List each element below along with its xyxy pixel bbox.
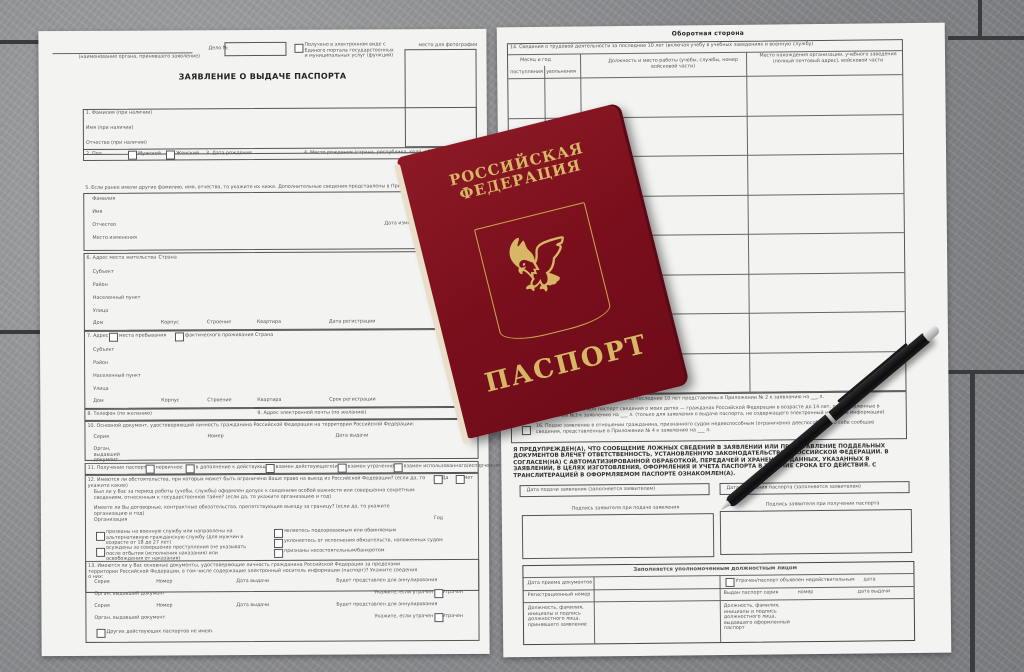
section7-table: 7. Адрес места пребывания фактического п… [84,329,478,409]
s13-date-1: Дата выдачи [236,579,269,585]
convicted-checkbox[interactable] [96,548,105,557]
dob-label: 3. Дата рождения [206,151,252,157]
section10-issuer: Орган, выдавший документ [94,447,124,464]
s13-if-lost-1: Укажите, если утрачен [374,590,433,596]
suspect-label: являетесь подозреваемым или обвиняемым [284,528,396,534]
signature-submit-box[interactable] [522,513,714,559]
section7-building: Корпус [161,398,179,404]
section7-country: Страна [255,333,273,339]
tile-joint [0,330,40,334]
incapacitated-checkbox[interactable] [522,426,531,435]
s13-issuer-2: Орган, выдавший документ [94,616,165,622]
section11-heading: 11. Получение паспорта: [88,466,151,472]
official-heading: Заполняется уполномоченным должностным л… [633,565,797,573]
replace-lost-label: взамен утраченного [348,464,400,470]
section7-street: Улица [93,387,108,393]
section6-locality: Населенный пункт [93,296,141,302]
reg-number-label: Регистрационный номер [528,592,591,598]
application-form-front: (наименование органа, принявшего заявлен… [38,29,489,656]
back-title: Оборотная сторона [672,31,744,39]
pen-ring [825,412,836,424]
issued-date-label: дата выдачи [858,589,890,595]
female-checkbox[interactable] [166,150,175,159]
issuing-officer-label: Должность, фамилия, инициалы и подпись д… [724,603,796,631]
s13-annul-2: Будет представлен для аннулирования [336,602,437,608]
additional-checkbox[interactable] [186,464,195,473]
change-place-label: Место изменения [92,236,136,242]
official-block: Заполняется уполномоченным должностным л… [522,561,915,645]
lost-invalid-label: Утрачен/паспорт объявлен недействительны… [736,578,855,585]
section7-house: Дом [93,399,103,405]
section6-building: Корпус [161,320,179,326]
section6-reg-date: Дата регистрации [329,319,376,325]
bankrupt-label: признаны несостоятельным/банкротом [284,548,384,554]
q12-no-label: Нет [464,476,473,482]
submit-date-label: Дата подачи заявления (заполняется заяви… [527,487,656,494]
section10-heading: 10. Основной документ, удостоверяющий ли… [87,422,414,429]
military-label: призваны на военную службу или направлен… [106,529,256,546]
first-issue-label: первичное [156,465,183,471]
replace-valid-label: взамен действующего(их) [276,465,343,471]
section12-year: Год [434,516,443,522]
section7-locality: Населенный пункт [93,374,141,380]
male-label: Мужской [138,152,161,158]
prev-patronymic-label: Отчество [92,223,116,229]
col-start: поступления [510,70,543,76]
passport-emblem-frame: 🦅︎ [474,202,614,346]
surname-label: 1. Фамилия (при наличии) [86,111,152,117]
s13-lost-label-2: Утрачен [442,614,463,620]
prev-surname-label: Фамилия [92,197,115,203]
section6-subject: Субъект [93,270,114,276]
section7-structure: Строение [207,398,231,404]
stay-address-checkbox[interactable] [109,333,118,342]
submit-date-field[interactable]: Дата подачи заявления (заполняется заяви… [520,483,710,497]
lost-invalid-checkbox[interactable] [725,578,734,587]
patronymic-label: Отчество (при наличии) [86,141,147,147]
s13-if-lost-2: Укажите, если утрачен [374,614,433,620]
section6-house: Дом [93,321,103,327]
suspect-checkbox[interactable] [274,529,283,538]
section10-table: 10. Основной документ, удостоверяющий ли… [84,419,478,461]
section12-q2: Имеете ли Вы договорные, контрактные обя… [94,504,424,517]
accepting-officer-label: Должность, фамилия, инициалы и подпись д… [528,605,590,628]
tile-joint [0,40,40,44]
actual-address-checkbox[interactable] [175,332,184,341]
s13-number-1: Номер [156,579,172,585]
col-end: увольнения [546,70,576,76]
tile-joint [978,0,982,36]
section10-issue-date: Дата выдачи [335,433,368,439]
first-issue-checkbox[interactable] [146,465,155,474]
prev-name-label: Имя [92,210,102,216]
s13-lost-label-1: Утрачен [442,590,463,596]
sign-receive-label: Подпись заявителя при получении паспорта [766,501,880,508]
section7-subject: Субъект [93,348,114,354]
section7-apartment: Квартира [257,398,281,404]
email-label: 9. Адрес электронной почты (по желанию) [257,410,366,416]
case-number-field[interactable] [224,42,286,56]
name-label: Имя (при наличии) [86,126,134,132]
passport-word: ПАСПОРТ [451,322,681,407]
col-location: Место нахождения организации, учебного з… [758,52,898,64]
stay-address-label: места пребывания [119,334,166,340]
section7-heading: 7. Адрес [87,334,108,340]
court-evasion-label: уклоняетесь от исполнения обязательств, … [284,538,443,544]
double-headed-eagle-icon: 🦅︎ [479,221,602,304]
phone-label: 8. Телефон (по желанию) [87,412,152,418]
section13-table: 13. Имеются ли у Вас основные документы,… [85,559,479,643]
section6-district: Район [93,283,108,289]
form-title: ЗАЯВЛЕНИЕ О ВЫДАЧЕ ПАСПОРТА [179,72,347,82]
col-month-year: Месяц и год [520,58,551,64]
s13-series-2: Серия [94,604,109,610]
section6-street: Улица [93,309,108,315]
no-other-passports-checkbox[interactable] [96,629,105,638]
s13-series-1: Серия [94,580,109,586]
accept-date-label: Дата приема документов [528,580,593,586]
section12-org: Организация [94,518,127,524]
liability-warning: Я ПРЕДУПРЕЖДЕН(А), ЧТО СООБЩЕНИЕ ЛОЖНЫХ … [513,443,907,479]
female-label: Женский [176,151,199,157]
replace-lost-checkbox[interactable] [338,464,347,473]
military-checkbox[interactable] [96,532,105,541]
date-label: дата [863,577,875,583]
section6-heading: 6. Адрес места жительства [87,256,157,262]
section6-country: Страна [159,255,177,261]
sign-submit-label: Подпись заявителя при подаче заявления [572,505,680,512]
court-evasion-checkbox[interactable] [274,539,283,548]
s13-issuer-1: Орган, выдавший документ [94,592,165,598]
tile-joint [948,370,1024,374]
note-16: 16. Подаю заявление в отношении граждани… [536,420,896,435]
portal-checkbox[interactable] [294,44,303,53]
q12-yes-label: Да [442,476,449,482]
male-checkbox[interactable] [128,151,137,160]
section6-apartment: Квартира [257,320,281,326]
photo-label: место для фотографии [418,43,477,49]
no-other-passports-label: Других действующих паспортов не имею. [107,629,214,635]
col-position: Должность и место работы (учебы, службы,… [598,58,748,71]
authority-caption: (наименование органа, принявшего заявлен… [78,54,200,60]
issued-series-label: серия [764,590,779,596]
replace-valid-checkbox[interactable] [266,464,275,473]
section7-reg-term: Срок регистрации [329,397,375,403]
sex-label: 2. Пол [86,152,102,158]
replace-used-checkbox[interactable] [394,463,403,472]
section12-heading: 12. Имеются ли обстоятельства, при котор… [88,476,428,489]
section10-series: Серия [93,435,108,441]
s13-annul-1: Будет представлен для аннулирования [336,578,437,584]
s13-number-2: Номер [156,603,172,609]
s13-date-2: Дата выдачи [236,603,269,609]
section14-heading: 14. Сведения о трудовой деятельности за … [510,42,813,51]
section7-district: Район [93,361,108,367]
tile-joint [948,36,1024,40]
issued-label: Выдан паспорт [724,591,763,597]
replace-used-label: взамен использованного/испорченного [404,464,504,470]
tile-joint [970,372,975,672]
section6-structure: Строение [207,320,231,326]
bankrupt-checkbox[interactable] [274,549,283,558]
signature-receive-box[interactable] [720,509,912,555]
issued-number-label: номер [798,590,814,596]
section12-q1: Был ли у Вас за период работы (учебы, сл… [94,488,424,501]
additional-label: в дополнение к действующему [196,465,275,471]
section10-number: Номер [207,434,223,440]
actual-address-label: фактического проживания [185,333,254,339]
portal-checkbox-label: Получено в электронном виде с Единого по… [304,42,394,59]
